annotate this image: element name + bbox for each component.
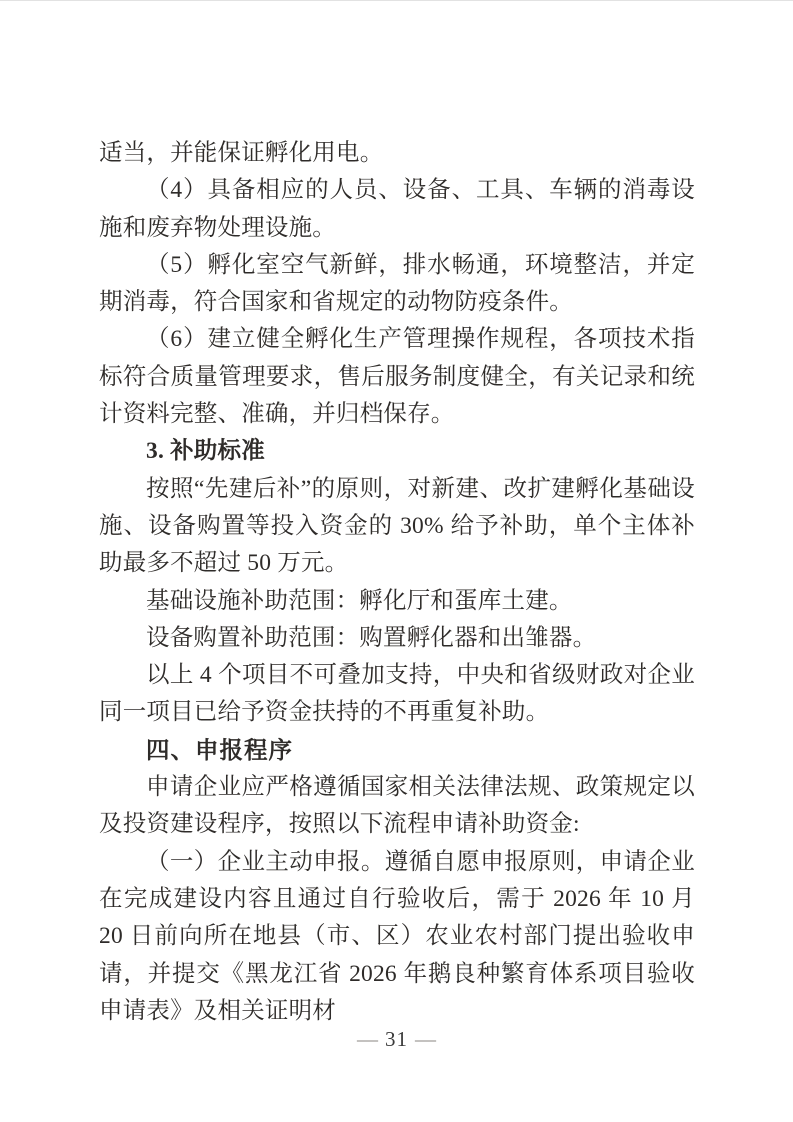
- paragraph: 设备购置补助范围：购置孵化器和出雏器。: [99, 620, 695, 657]
- paragraph: （6）建立健全孵化生产管理操作规程，各项技术指标符合质量管理要求，售后服务制度健…: [99, 321, 695, 433]
- page-body: 适当，并能保证孵化用电。 （4）具备相应的人员、设备、工具、车辆的消毒设施和废弃…: [99, 135, 695, 1030]
- paragraph-lead: （一）企业主动申报。: [146, 849, 385, 875]
- document-page: 适当，并能保证孵化用电。 （4）具备相应的人员、设备、工具、车辆的消毒设施和废弃…: [0, 0, 793, 1122]
- paragraph: （4）具备相应的人员、设备、工具、车辆的消毒设施和废弃物处理设施。: [99, 172, 695, 247]
- paragraph: 按照“先建后补”的原则，对新建、改扩建孵化基础设施、设备购置等投入资金的 30%…: [99, 471, 695, 583]
- subsection-heading: 3. 补助标准: [99, 433, 695, 470]
- paragraph: 以上 4 个项目不可叠加支持，中央和省级财政对企业同一项目已给予资金扶持的不再重…: [99, 657, 695, 732]
- page-footer: —31—: [0, 1024, 793, 1054]
- footer-dash-right: —: [415, 1027, 436, 1051]
- paragraph: （5）孵化室空气新鲜，排水畅通，环境整洁，并定期消毒，符合国家和省规定的动物防疫…: [99, 247, 695, 322]
- section-heading: 四、申报程序: [99, 732, 695, 769]
- paragraph: 申请企业应严格遵循国家相关法律法规、政策规定以及投资建设程序，按照以下流程申请补…: [99, 769, 695, 844]
- page-number: 31: [385, 1027, 408, 1051]
- paragraph: 适当，并能保证孵化用电。: [99, 135, 695, 172]
- footer-dash-left: —: [357, 1027, 378, 1051]
- paragraph: 基础设施补助范围：孵化厅和蛋库土建。: [99, 583, 695, 620]
- paragraph: （一）企业主动申报。遵循自愿申报原则，申请企业在完成建设内容且通过自行验收后，需…: [99, 844, 695, 1030]
